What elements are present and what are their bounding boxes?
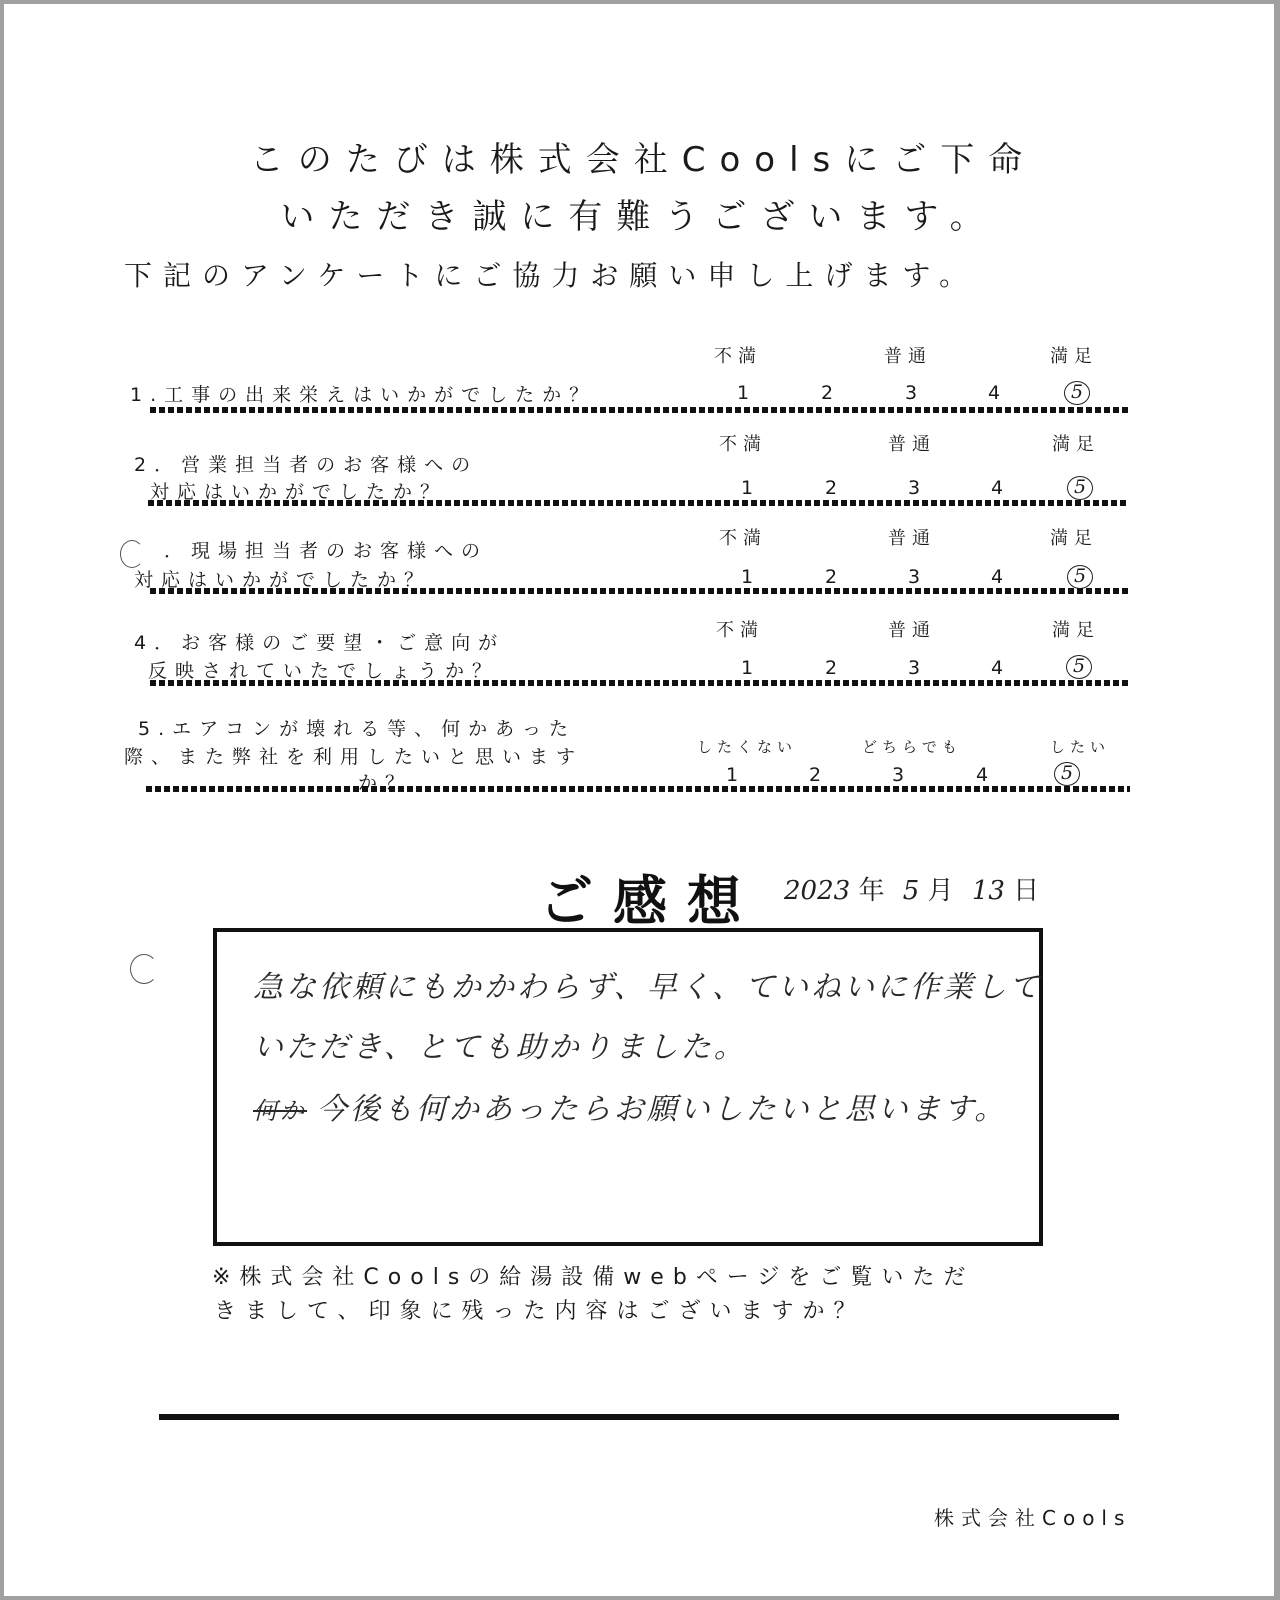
scale-high-label: 満足 [1052, 430, 1100, 456]
question-4-text-line-1: 4．お客様のご要望・ご意向が [134, 628, 505, 655]
rating-option-1[interactable]: 1 [720, 764, 744, 786]
thanks-line-1: このたびは株式会社Coolsにご下命 [4, 132, 1278, 181]
rating-option-5-selected[interactable]: 5 [1066, 655, 1092, 679]
scale-mid-label: 普通 [884, 342, 932, 368]
rating-option-2[interactable]: 2 [815, 382, 839, 404]
rating-option-5-selected[interactable]: 5 [1067, 476, 1093, 500]
question-5-text-line-1: 5.エアコンが壊れる等、何かあった [138, 714, 576, 741]
scale-mid-label: どちらでも [862, 736, 962, 757]
scale-mid-label: 普通 [888, 524, 936, 550]
scale-low-label: したくない [697, 736, 797, 757]
scale-high-label: 満足 [1050, 524, 1098, 550]
rating-option-1[interactable]: 1 [731, 382, 755, 404]
question-2-text-line-1: 2．営業担当者のお客様への [134, 450, 478, 477]
footer-company-name: 株式会社Cools [934, 1502, 1160, 1531]
rating-option-3[interactable]: 3 [899, 382, 923, 404]
rating-option-3[interactable]: 3 [902, 657, 926, 679]
comment-line-1: 急な依頼にもかかわらず、早く、ていねいに作業して [253, 962, 1042, 1006]
rating-option-4[interactable]: 4 [970, 764, 994, 786]
scale-low-label: 不満 [719, 524, 767, 550]
rating-option-3[interactable]: 3 [902, 566, 926, 588]
comment-date: 2023 年 5 月 13 日 [784, 870, 1039, 907]
rating-option-1[interactable]: 1 [735, 566, 759, 588]
comments-title: ご感想 [539, 859, 761, 936]
stray-pen-mark [130, 954, 158, 984]
date-year: 2023 [784, 876, 850, 906]
survey-page: このたびは株式会社Coolsにご下命 いただき誠に有難うございます。 下記のアン… [4, 4, 1274, 1596]
question-1-text: 1.工事の出来栄えはいかがでしたか？ [130, 380, 596, 407]
question-5-text-line-2: 際、また弊社を利用したいと思います [124, 742, 583, 769]
rating-option-1[interactable]: 1 [735, 477, 759, 499]
rating-option-4[interactable]: 4 [982, 382, 1006, 404]
struck-out-text: 何か [253, 1097, 307, 1125]
rating-option-2[interactable]: 2 [803, 764, 827, 786]
question-3-text-line-1: ．現場担当者のお客様への [164, 536, 488, 563]
rating-option-4[interactable]: 4 [985, 657, 1009, 679]
rating-option-5-selected[interactable]: 5 [1054, 762, 1080, 786]
rating-option-5-selected[interactable]: 5 [1064, 381, 1090, 405]
dotted-separator [150, 588, 1130, 594]
date-month-unit: 月 [928, 876, 954, 906]
scale-mid-label: 普通 [888, 616, 936, 642]
scale-high-label: 満足 [1050, 342, 1098, 368]
rating-option-2[interactable]: 2 [819, 566, 843, 588]
comment-line-3-text: 今後も何かあったらお願いしたいと思います。 [317, 1092, 1007, 1127]
date-month: 5 [903, 876, 920, 906]
thanks-line-2: いただき誠に有難うございます。 [4, 189, 1274, 238]
dotted-separator [148, 500, 1128, 506]
dotted-separator [150, 680, 1130, 686]
stray-pen-mark [120, 540, 144, 568]
rating-option-3[interactable]: 3 [886, 764, 910, 786]
comment-line-3: 何か今後も何かあったらお願いしたいと思います。 [253, 1084, 1007, 1128]
date-day: 13 [972, 876, 1005, 906]
rating-option-3[interactable]: 3 [902, 477, 926, 499]
scale-low-label: 不満 [719, 430, 767, 456]
rating-option-4[interactable]: 4 [985, 566, 1009, 588]
question-4-text-line-2: 反映されていたでしょうか？ [148, 656, 499, 683]
web-page-question-line-1: ※株式会社Coolsの給湯設備webページをご覧いただ [212, 1260, 974, 1291]
comment-line-2: いただき、とても助かりました。 [253, 1022, 747, 1066]
rating-option-4[interactable]: 4 [985, 477, 1009, 499]
survey-intro: 下記のアンケートにご協力お願い申し上げます。 [124, 254, 978, 294]
rating-option-5-selected[interactable]: 5 [1067, 565, 1093, 589]
comment-box[interactable]: 急な依頼にもかかわらず、早く、ていねいに作業して いただき、とても助かりました。… [213, 928, 1043, 1246]
date-year-unit: 年 [858, 876, 884, 906]
web-page-question-line-2: きまして、印象に残った内容はございますか？ [214, 1294, 865, 1325]
dotted-separator [150, 407, 1130, 413]
scale-high-label: 満足 [1052, 616, 1100, 642]
answer-line [159, 1414, 1119, 1420]
date-day-unit: 日 [1013, 876, 1039, 906]
rating-option-2[interactable]: 2 [819, 477, 843, 499]
rating-option-1[interactable]: 1 [735, 657, 759, 679]
scale-mid-label: 普通 [888, 430, 936, 456]
scale-low-label: 不満 [716, 616, 764, 642]
scale-low-label: 不満 [714, 342, 762, 368]
rating-option-2[interactable]: 2 [819, 657, 843, 679]
scale-high-label: したい [1050, 736, 1110, 757]
dotted-separator [146, 786, 1130, 792]
